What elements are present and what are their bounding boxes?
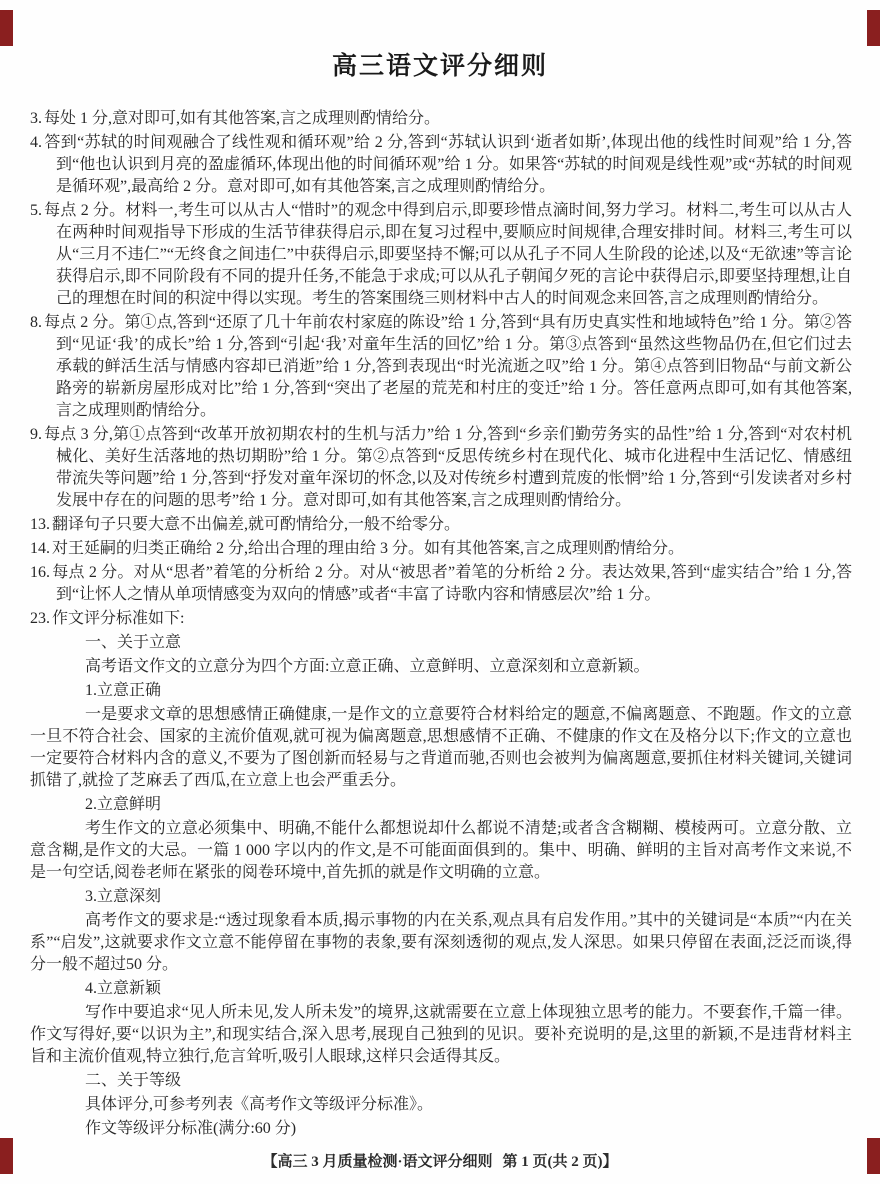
corner-registration-mark-top-right: [867, 10, 880, 46]
para-grading-standard-title: 作文等级评分标准(满分:60 分): [30, 1118, 852, 1140]
item-text: 每点 3 分,第①点答到“改革开放初期农村的生机与活力”给 1 分,答到“乡亲们…: [44, 426, 852, 509]
rubric-item-4: 4.答到“苏轼的时间观融合了线性观和循环观”给 2 分,答到“苏轼认识到‘逝者如…: [30, 132, 852, 198]
para-grade-reference: 具体评分,可参考列表《高考作文等级评分标准》。: [30, 1094, 852, 1116]
item-text: 考生作文的立意必须集中、明确,不能什么都想说却什么都说不清楚;或者含含糊糊、模棱…: [30, 820, 852, 881]
rubric-item-14: 14.对王延嗣的归类正确给 2 分,给出合理的理由给 3 分。如有其他答案,言之…: [30, 538, 852, 560]
item-text: 作文评分标准如下:: [52, 610, 184, 627]
subheading-intent-correct: 1.立意正确: [30, 680, 852, 702]
page-footer: 【高三 3 月质量检测·语文评分细则第 1 页(共 2 页)】: [0, 1150, 880, 1171]
section-heading-about-grade: 二、关于等级: [30, 1070, 852, 1092]
corner-registration-mark-top-left: [0, 10, 13, 46]
para-intent-correct: 一是要求文章的思想感情正确健康,一是作文的立意要符合材料给定的题意,不偏离题意、…: [30, 704, 852, 792]
rubric-item-16: 16.每点 2 分。对从“思者”着笔的分析给 2 分。对从“被思者”着笔的分析给…: [30, 562, 852, 606]
item-text: 高考语文作文的立意分为四个方面:立意正确、立意鲜明、立意深刻和立意新颖。: [85, 658, 649, 675]
rubric-item-3: 3.每处 1 分,意对即可,如有其他答案,言之成理则酌情给分。: [30, 108, 852, 130]
item-text: 4.立意新颖: [85, 980, 161, 997]
item-text: 写作中要追求“见人所未见,发人所未发”的境界,这就需要在立意上体现独立思考的能力…: [30, 1004, 852, 1065]
para-intent-clear: 考生作文的立意必须集中、明确,不能什么都想说却什么都说不清楚;或者含含糊糊、模棱…: [30, 818, 852, 884]
section-heading-about-intent: 一、关于立意: [30, 632, 852, 654]
item-text: 答到“苏轼的时间观融合了线性观和循环观”给 2 分,答到“苏轼认识到‘逝者如斯’…: [44, 134, 852, 195]
item-text: 每点 2 分。材料一,考生可以从古人“惜时”的观念中得到启示,即要珍惜点滴时间,…: [44, 202, 852, 307]
para-intent-profound: 高考作文的要求是:“透过现象看本质,揭示事物的内在关系,观点具有启发作用。”其中…: [30, 910, 852, 976]
item-text: 高考作文的要求是:“透过现象看本质,揭示事物的内在关系,观点具有启发作用。”其中…: [30, 912, 852, 973]
footer-page-number: 第 1 页(共 2 页)】: [503, 1154, 618, 1170]
document-body: 3.每处 1 分,意对即可,如有其他答案,言之成理则酌情给分。4.答到“苏轼的时…: [30, 108, 852, 1142]
footer-exam-title: 【高三 3 月质量检测·语文评分细则: [262, 1154, 492, 1170]
item-number: 16.: [30, 564, 50, 581]
item-text: 3.立意深刻: [85, 888, 161, 905]
item-number: 3.: [30, 110, 42, 127]
item-number: 4.: [30, 134, 42, 151]
subheading-intent-novel: 4.立意新颖: [30, 978, 852, 1000]
item-text: 一、关于立意: [85, 634, 181, 651]
rubric-item-23: 23.作文评分标准如下:: [30, 608, 852, 630]
item-number: 8.: [30, 314, 42, 331]
item-text: 作文等级评分标准(满分:60 分): [85, 1120, 296, 1137]
item-number: 9.: [30, 426, 42, 443]
item-text: 二、关于等级: [85, 1072, 181, 1089]
document-page: 高三语文评分细则 3.每处 1 分,意对即可,如有其他答案,言之成理则酌情给分。…: [0, 0, 880, 1184]
item-number: 14.: [30, 540, 50, 557]
item-text: 1.立意正确: [85, 682, 161, 699]
rubric-item-5: 5.每点 2 分。材料一,考生可以从古人“惜时”的观念中得到启示,即要珍惜点滴时…: [30, 200, 852, 310]
item-number: 13.: [30, 516, 50, 533]
subheading-intent-clear: 2.立意鲜明: [30, 794, 852, 816]
item-text: 翻译句子只要大意不出偏差,就可酌情给分,一般不给零分。: [52, 516, 460, 533]
item-text: 每点 2 分。第①点,答到“还原了几十年前农村家庭的陈设”给 1 分,答到“具有…: [44, 314, 852, 419]
item-number: 23.: [30, 610, 50, 627]
para-intent-intro: 高考语文作文的立意分为四个方面:立意正确、立意鲜明、立意深刻和立意新颖。: [30, 656, 852, 678]
item-text: 2.立意鲜明: [85, 796, 161, 813]
page-title: 高三语文评分细则: [0, 0, 880, 82]
item-text: 每点 2 分。对从“思者”着笔的分析给 2 分。对从“被思者”着笔的分析给 2 …: [52, 564, 852, 603]
rubric-item-9: 9.每点 3 分,第①点答到“改革开放初期农村的生机与活力”给 1 分,答到“乡…: [30, 424, 852, 512]
item-text: 对王延嗣的归类正确给 2 分,给出合理的理由给 3 分。如有其他答案,言之成理则…: [52, 540, 684, 557]
item-text: 具体评分,可参考列表《高考作文等级评分标准》。: [85, 1096, 433, 1113]
rubric-item-8: 8.每点 2 分。第①点,答到“还原了几十年前农村家庭的陈设”给 1 分,答到“…: [30, 312, 852, 422]
subheading-intent-profound: 3.立意深刻: [30, 886, 852, 908]
para-intent-novel: 写作中要追求“见人所未见,发人所未发”的境界,这就需要在立意上体现独立思考的能力…: [30, 1002, 852, 1068]
item-text: 每处 1 分,意对即可,如有其他答案,言之成理则酌情给分。: [44, 110, 440, 127]
item-number: 5.: [30, 202, 42, 219]
item-text: 一是要求文章的思想感情正确健康,一是作文的立意要符合材料给定的题意,不偏离题意、…: [30, 706, 852, 789]
rubric-item-13: 13.翻译句子只要大意不出偏差,就可酌情给分,一般不给零分。: [30, 514, 852, 536]
